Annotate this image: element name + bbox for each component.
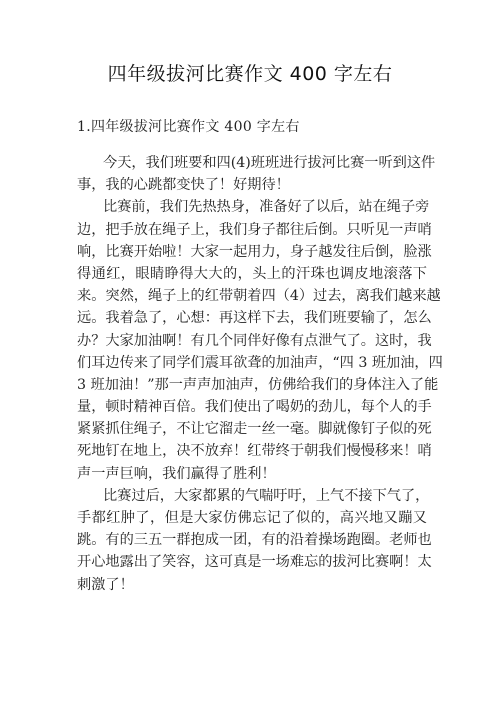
- text-line: 响，比赛开始啦！大家一起用力，身子越发往后倒，脸涨: [77, 241, 427, 263]
- text-line: 们耳边传来了同学们震耳欲聋的加油声，“四 3 班加油，四: [77, 352, 427, 374]
- text-line: 边，把手放在绳子上，我们身子都往后倒。只听见一声哨: [77, 219, 427, 241]
- section-heading: 1.四年级拔河比赛作文 400 字左右: [77, 116, 300, 138]
- text-line: 跳。有的三五一群抱成一团，有的沿着操场跑圈。老师也: [77, 529, 427, 551]
- text-line: 刺激了！: [77, 574, 427, 596]
- text-line: 办？大家加油啊！有几个同伴好像有点泄气了。这时，我: [77, 330, 427, 352]
- text-line: 死地钉在地上，决不放弃！红带终于朝我们慢慢移来！哨: [77, 440, 427, 462]
- paragraph-3: 比赛过后，大家都累的气喘吁吁，上气不接下气了， 手都红肿了，但是大家仿佛忘记了似…: [77, 485, 427, 596]
- essay-body: 今天，我们班要和四(4)班班进行拔河比赛一听到这件 事，我的心跳都变快了！好期待…: [77, 152, 427, 596]
- text-line: 远。我着急了，心想：再这样下去，我们班要输了，怎么: [77, 307, 427, 329]
- document-page: 四年级拔河比赛作文 400 字左右 1.四年级拔河比赛作文 400 字左右 今天…: [0, 0, 500, 707]
- paragraph-1: 今天，我们班要和四(4)班班进行拔河比赛一听到这件 事，我的心跳都变快了！好期待…: [77, 152, 427, 196]
- text-line: 量，顿时精神百倍。我们使出了喝奶的劲儿，每个人的手: [77, 396, 427, 418]
- text-line: 来。突然，绳子上的红带朝着四（4）过去，离我们越来越: [77, 285, 427, 307]
- text-line: 比赛过后，大家都累的气喘吁吁，上气不接下气了，: [77, 485, 427, 507]
- text-line: 今天，我们班要和四(4)班班进行拔河比赛一听到这件: [77, 152, 427, 174]
- text-line: 得通红，眼睛睁得大大的，头上的汗珠也调皮地滚落下: [77, 263, 427, 285]
- paragraph-2: 比赛前，我们先热热身，准备好了以后，站在绳子旁 边，把手放在绳子上，我们身子都往…: [77, 196, 427, 484]
- text-line: 手都红肿了，但是大家仿佛忘记了似的，高兴地又蹦又: [77, 507, 427, 529]
- text-line: 3 班加油！”那一声声加油声，仿佛给我们的身体注入了能: [77, 374, 427, 396]
- document-title: 四年级拔河比赛作文 400 字左右: [0, 60, 500, 88]
- text-line: 开心地露出了笑容，这可真是一场难忘的拔河比赛啊！太: [77, 551, 427, 573]
- text-line: 事，我的心跳都变快了！好期待！: [77, 174, 427, 196]
- text-line: 声一声巨响，我们赢得了胜利！: [77, 463, 427, 485]
- text-line: 紧紧抓住绳子，不让它溜走一丝一毫。脚就像钉子似的死: [77, 418, 427, 440]
- text-line: 比赛前，我们先热热身，准备好了以后，站在绳子旁: [77, 196, 427, 218]
